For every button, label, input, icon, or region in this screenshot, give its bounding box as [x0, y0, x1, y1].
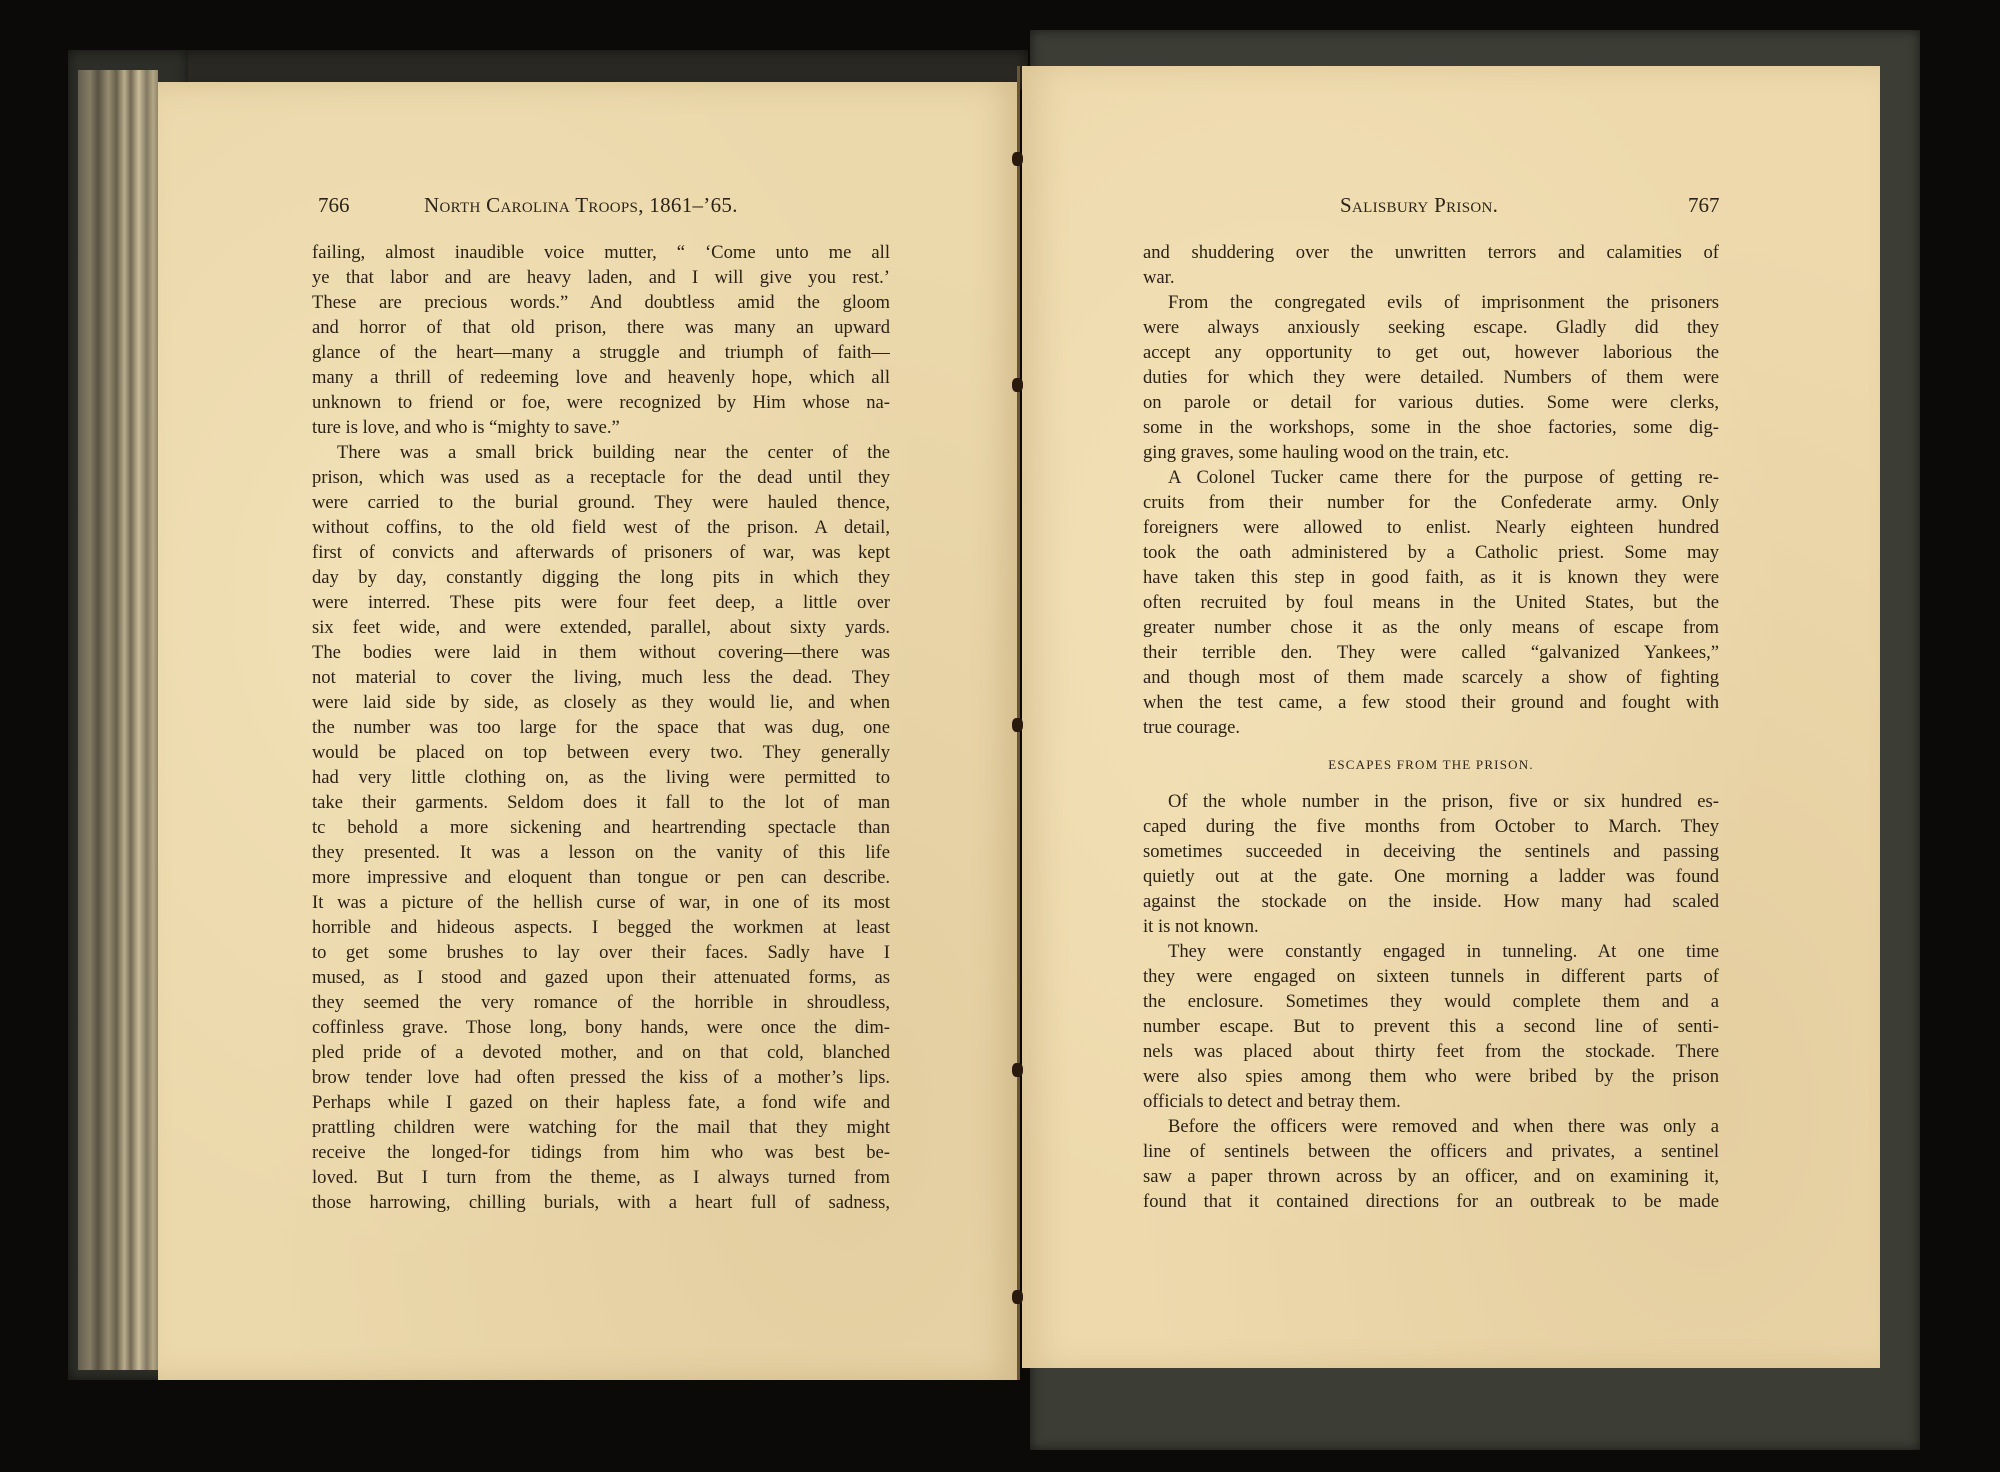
- text-line: ture is love, and who is “mighty to save…: [312, 415, 890, 440]
- text-line: true courage.: [1143, 715, 1719, 740]
- text-line: Perhaps while I gazed on their hapless f…: [312, 1090, 890, 1115]
- left-page-body: failing, almost inaudible voice mutter, …: [312, 240, 890, 1215]
- text-line: ging graves, some hauling wood on the tr…: [1143, 440, 1719, 465]
- text-line: The bodies were laid in them without cov…: [312, 640, 890, 665]
- text-line: were interred. These pits were four feet…: [312, 590, 890, 615]
- right-running-head: Salisbury Prison.: [1340, 193, 1498, 223]
- section-heading: ESCAPES FROM THE PRISON.: [1143, 752, 1719, 777]
- left-running-head: North Carolina Troops, 1861–’65.: [424, 193, 738, 223]
- text-line: take their garments. Seldom does it fall…: [312, 790, 890, 815]
- text-line: foreigners were allowed to enlist. Nearl…: [1143, 515, 1719, 540]
- text-line: horrible and hideous aspects. I begged t…: [312, 915, 890, 940]
- text-line: found that it contained directions for a…: [1143, 1189, 1719, 1214]
- text-line: have taken this step in good faith, as i…: [1143, 565, 1719, 590]
- text-line: sometimes succeeded in deceiving the sen…: [1143, 839, 1719, 864]
- text-line: and shuddering over the unwritten terror…: [1143, 240, 1719, 265]
- text-line: glance of the heart—many a struggle and …: [312, 340, 890, 365]
- text-line: their terrible den. They were called “ga…: [1143, 640, 1719, 665]
- text-line: loved. But I turn from the theme, as I a…: [312, 1165, 890, 1190]
- text-line: receive the longed-for tidings from him …: [312, 1140, 890, 1165]
- text-line: From the congregated evils of imprisonme…: [1143, 290, 1719, 315]
- text-line: those harrowing, chilling burials, with …: [312, 1190, 890, 1215]
- text-line: on parole or detail for various duties. …: [1143, 390, 1719, 415]
- text-line: pled pride of a devoted mother, and on t…: [312, 1040, 890, 1065]
- text-line: without coffins, to the old field west o…: [312, 515, 890, 540]
- text-line: were also spies among them who were brib…: [1143, 1064, 1719, 1089]
- binding-stitch: [1012, 718, 1023, 732]
- text-line: failing, almost inaudible voice mutter, …: [312, 240, 890, 265]
- binding-stitch: [1012, 1290, 1023, 1304]
- text-line: had very little clothing on, as the livi…: [312, 765, 890, 790]
- text-line: caped during the five months from Octobe…: [1143, 814, 1719, 839]
- text-line: not material to cover the living, much l…: [312, 665, 890, 690]
- text-line: first of convicts and afterwards of pris…: [312, 540, 890, 565]
- binding-stitch: [1012, 152, 1023, 166]
- text-line: and though most of them made scarcely a …: [1143, 665, 1719, 690]
- text-line: Of the whole number in the prison, five …: [1143, 789, 1719, 814]
- text-line: cruits from their number for the Confede…: [1143, 490, 1719, 515]
- text-line: greater number chose it as the only mean…: [1143, 615, 1719, 640]
- text-line: saw a paper thrown across by an officer,…: [1143, 1164, 1719, 1189]
- text-line: took the oath administered by a Catholic…: [1143, 540, 1719, 565]
- text-line: prattling children were watching for the…: [312, 1115, 890, 1140]
- text-line: accept any opportunity to get out, howev…: [1143, 340, 1719, 365]
- text-line: to get some brushes to lay over their fa…: [312, 940, 890, 965]
- text-line: mused, as I stood and gazed upon their a…: [312, 965, 890, 990]
- right-body-part-1: and shuddering over the unwritten terror…: [1143, 240, 1719, 740]
- text-line: duties for which they were detailed. Num…: [1143, 365, 1719, 390]
- text-line: number escape. But to prevent this a sec…: [1143, 1014, 1719, 1039]
- text-line: the number was too large for the space t…: [312, 715, 890, 740]
- text-line: line of sentinels between the officers a…: [1143, 1139, 1719, 1164]
- binding-stitch: [1012, 378, 1023, 392]
- text-line: nels was placed about thirty feet from t…: [1143, 1039, 1719, 1064]
- text-line: the enclosure. Sometimes they would comp…: [1143, 989, 1719, 1014]
- text-line: There was a small brick building near th…: [312, 440, 890, 465]
- text-line: some in the workshops, some in the shoe …: [1143, 415, 1719, 440]
- text-line: coffinless grave. Those long, bony hands…: [312, 1015, 890, 1040]
- text-line: against the stockade on the inside. How …: [1143, 889, 1719, 914]
- text-line: would be placed on top between every two…: [312, 740, 890, 765]
- text-line: quietly out at the gate. One morning a l…: [1143, 864, 1719, 889]
- text-line: they were engaged on sixteen tunnels in …: [1143, 964, 1719, 989]
- text-line: ye that labor and are heavy laden, and I…: [312, 265, 890, 290]
- right-body-part-2: Of the whole number in the prison, five …: [1143, 789, 1719, 1214]
- text-line: unknown to friend or foe, were recognize…: [312, 390, 890, 415]
- text-line: many a thrill of redeeming love and heav…: [312, 365, 890, 390]
- text-line: war.: [1143, 265, 1719, 290]
- text-line: brow tender love had often pressed the k…: [312, 1065, 890, 1090]
- right-page-body: and shuddering over the unwritten terror…: [1143, 240, 1719, 1214]
- text-line: Before the officers were removed and whe…: [1143, 1114, 1719, 1139]
- text-line: and horror of that old prison, there was…: [312, 315, 890, 340]
- binding-stitch: [1012, 1063, 1023, 1077]
- right-page-number: 767: [1688, 193, 1720, 218]
- text-line: were carried to the burial ground. They …: [312, 490, 890, 515]
- text-line: prison, which was used as a receptacle f…: [312, 465, 890, 490]
- text-line: officials to detect and betray them.: [1143, 1089, 1719, 1114]
- text-line: it is not known.: [1143, 914, 1719, 939]
- text-line: often recruited by foul means in the Uni…: [1143, 590, 1719, 615]
- text-line: more impressive and eloquent than tongue…: [312, 865, 890, 890]
- text-line: They were constantly engaged in tunnelin…: [1143, 939, 1719, 964]
- text-line: were laid side by side, as closely as th…: [312, 690, 890, 715]
- text-line: day by day, constantly digging the long …: [312, 565, 890, 590]
- text-line: These are precious words.” And doubtless…: [312, 290, 890, 315]
- text-line: they seemed the very romance of the horr…: [312, 990, 890, 1015]
- left-page-number: 766: [318, 193, 350, 218]
- text-line: It was a picture of the hellish curse of…: [312, 890, 890, 915]
- page-stack-edge: [78, 70, 158, 1370]
- text-line: were always anxiously seeking escape. Gl…: [1143, 315, 1719, 340]
- text-line: tc behold a more sickening and heartrend…: [312, 815, 890, 840]
- text-line: when the test came, a few stood their gr…: [1143, 690, 1719, 715]
- text-line: six feet wide, and were extended, parall…: [312, 615, 890, 640]
- text-line: they presented. It was a lesson on the v…: [312, 840, 890, 865]
- text-line: A Colonel Tucker came there for the purp…: [1143, 465, 1719, 490]
